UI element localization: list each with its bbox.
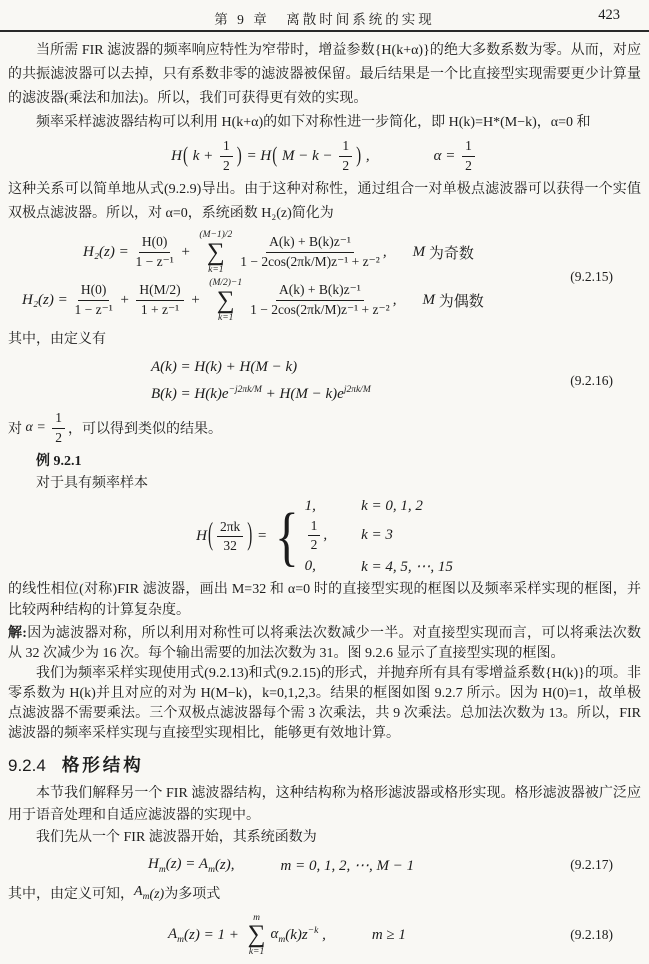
chapter-running-title: 第 9 章 离散时间系统的实现 <box>214 8 435 28</box>
equation-number-9-2-15: (9.2.15) <box>570 269 613 285</box>
section-heading-9-2-4: 9.2.4 格形结构 <box>8 752 641 777</box>
paragraph-polynomial-intro: 其中，由定义可知，Am(z)为多项式 <box>8 881 641 908</box>
equation-9-2-16-a: A(k) = H(k) + H(M − k) <box>8 355 641 381</box>
equation-9-2-18: Am(z) = 1 + m∑k=1αm(k)z−k ,m ≥ 1 (9.2.18… <box>8 911 641 959</box>
paragraph-frequency-sampling-count: 我们为频率采样实现使用式(9.2.13)和式(9.2.15)的形式，并抛弃所有具… <box>8 664 641 744</box>
paragraph-narrowband: 当所需 FIR 滤波器的频率响应特性为窄带时，增益参数{H(k+α)}的绝大多数… <box>8 39 641 111</box>
equation-9-2-17-line: Hm(z) = Am(z),m = 0, 1, 2, ⋯, M − 1 <box>8 852 641 878</box>
textbook-page: 第 9 章 离散时间系统的实现 423 当所需 FIR 滤波器的频率响应特性为窄… <box>0 0 649 964</box>
equation-number-9-2-18: (9.2.18) <box>570 927 613 943</box>
equation-9-2-15-even: H₂(z) = H(0)1 − z⁻¹ + H(M/2)1 + z⁻¹ + (M… <box>8 277 641 325</box>
paragraph-lattice-intro: 本节我们解释另一个 FIR 滤波器结构，这种结构称为格形滤波器或格形实现。格形滤… <box>8 783 641 827</box>
paragraph-fir-start: 我们先从一个 FIR 滤波器开始，其系统函数为 <box>8 827 641 849</box>
equation-number-9-2-16: (9.2.16) <box>570 373 613 389</box>
equation-9-2-16-b: B(k) = H(k)e−j2πk/M + H(M − k)ej2πk/M <box>8 381 641 407</box>
equation-9-2-16: A(k) = H(k) + H(M − k) B(k) = H(k)e−j2πk… <box>8 355 641 407</box>
equation-9-2-18-line: Am(z) = 1 + m∑k=1αm(k)z−k ,m ≥ 1 <box>8 911 641 959</box>
paragraph-example-intro: 对于具有频率样本 <box>8 473 641 495</box>
page-body: 当所需 FIR 滤波器的频率响应特性为窄带时，增益参数{H(k+α)}的绝大多数… <box>0 32 649 959</box>
paragraph-solution: 解:因为滤波器对称，所以利用对称性可以将乘法次数减少一半。对直接型实现而言，可以… <box>8 624 641 664</box>
solution-text: 因为滤波器对称，所以利用对称性可以将乘法次数减少一半。对直接型实现而言，可以将乘… <box>8 626 641 661</box>
paragraph-relation: 这种关系可以简单地从式(9.2.9)导出。由于这种对称性，通过组合一对单极点滤波… <box>8 178 641 226</box>
paragraph-alpha-half-note: 对 α = 12，可以得到类似的结果。 <box>8 410 641 447</box>
paragraph-example-task: 的线性相位(对称)FIR 滤波器，画出 M=32 和 α=0 时的直接型实现的框… <box>8 579 641 621</box>
equation-half-symmetry: H( k + 12) = H( M − k − 12) ,α = 12 <box>8 138 641 175</box>
equation-frequency-samples-line: H(2πk32) = {1,k = 0, 1, 212,k = 30,k = 4… <box>8 498 641 577</box>
equation-number-9-2-17: (9.2.17) <box>570 857 613 873</box>
section-title: 格形结构 <box>62 752 144 777</box>
equation-frequency-samples: H(2πk32) = {1,k = 0, 1, 212,k = 30,k = 4… <box>8 498 641 577</box>
page-number: 423 <box>598 7 620 24</box>
solution-label: 解: <box>8 626 27 641</box>
section-number: 9.2.4 <box>8 756 46 776</box>
paragraph-symmetry: 频率采样滤波器结构可以利用 H(k+α)的如下对称性进一步简化，即 H(k)=H… <box>8 111 641 135</box>
example-heading: 例 9.2.1 <box>8 451 641 473</box>
paragraph-definitions-intro: 其中，由定义有 <box>8 328 641 352</box>
equation-half-symmetry-line: H( k + 12) = H( M − k − 12) ,α = 12 <box>8 138 641 175</box>
equation-9-2-15: H₂(z) = H(0)1 − z⁻¹ + (M−1)/2∑k=1A(k) + … <box>8 229 641 325</box>
page-header: 第 9 章 离散时间系统的实现 423 <box>0 0 649 32</box>
equation-9-2-17: Hm(z) = Am(z),m = 0, 1, 2, ⋯, M − 1 (9.2… <box>8 852 641 878</box>
equation-9-2-15-odd: H₂(z) = H(0)1 − z⁻¹ + (M−1)/2∑k=1A(k) + … <box>8 229 641 277</box>
